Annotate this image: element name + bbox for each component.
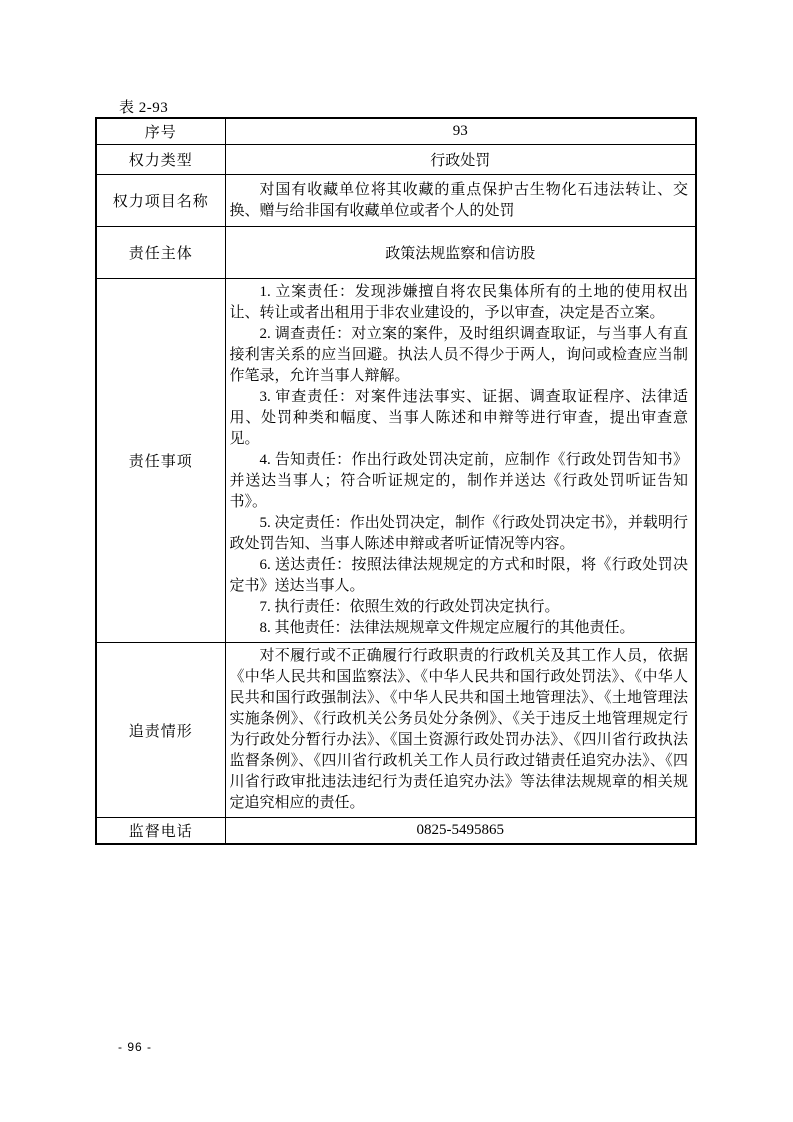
row-label-responsible-subject: 责任主体	[96, 227, 225, 279]
row-responsibility-items: 责任事项 1. 立案责任：发现涉嫌擅自将农民集体所有的土地的使用权出让、转让或者…	[96, 279, 696, 643]
row-value-power-type: 行政处罚	[225, 145, 696, 175]
row-label-power-type: 权力类型	[96, 145, 225, 175]
row-value-serial-number: 93	[225, 118, 696, 145]
table-caption: 表 2-93	[119, 96, 168, 117]
row-accountability-circumstances: 追责情形 对不履行或不正确履行行政职责的行政机关及其工作人员，依据《中华人民共和…	[96, 643, 696, 818]
row-value-responsible-subject: 政策法规监察和信访股	[225, 227, 696, 279]
row-label-serial-number: 序号	[96, 118, 225, 145]
row-value-responsibility-items: 1. 立案责任：发现涉嫌擅自将农民集体所有的土地的使用权出让、转让或者出租用于非…	[225, 279, 696, 643]
row-label-supervision-phone: 监督电话	[96, 818, 225, 845]
row-supervision-phone: 监督电话 0825-5495865	[96, 818, 696, 845]
document-page: 表 2-93 序号 93 权力类型 行政处罚 权力项目名称 对国有收藏单位将其收…	[0, 0, 793, 1122]
row-value-power-item-name: 对国有收藏单位将其收藏的重点保护古生物化石违法转让、交换、赠与给非国有收藏单位或…	[225, 175, 696, 227]
paragraph: 3. 审查责任：对案件违法事实、证据、调查取证程序、法律适用、处罚种类和幅度、当…	[230, 387, 689, 450]
row-label-accountability-circumstances: 追责情形	[96, 643, 225, 818]
paragraph: 5. 决定责任：作出处罚决定，制作《行政处罚决定书》，并载明行政处罚告知、当事人…	[230, 513, 689, 555]
row-value-accountability-circumstances: 对不履行或不正确履行行政职责的行政机关及其工作人员，依据《中华人民共和国监察法》…	[225, 643, 696, 818]
paragraph: 7. 执行责任：依照生效的行政处罚决定执行。	[230, 597, 689, 618]
responsibility-table: 序号 93 权力类型 行政处罚 权力项目名称 对国有收藏单位将其收藏的重点保护古…	[95, 117, 697, 845]
paragraph: 2. 调查责任：对立案的案件，及时组织调查取证，与当事人有直接利害关系的应当回避…	[230, 324, 689, 387]
row-label-power-item-name: 权力项目名称	[96, 175, 225, 227]
paragraph: 对不履行或不正确履行行政职责的行政机关及其工作人员，依据《中华人民共和国监察法》…	[230, 646, 689, 814]
row-label-responsibility-items: 责任事项	[96, 279, 225, 643]
paragraph: 8. 其他责任：法律法规规章文件规定应履行的其他责任。	[230, 618, 689, 639]
paragraph: 1. 立案责任：发现涉嫌擅自将农民集体所有的土地的使用权出让、转让或者出租用于非…	[230, 282, 689, 324]
row-value-supervision-phone: 0825-5495865	[225, 818, 696, 845]
row-serial-number: 序号 93	[96, 118, 696, 145]
row-responsible-subject: 责任主体 政策法规监察和信访股	[96, 227, 696, 279]
row-power-item-name: 权力项目名称 对国有收藏单位将其收藏的重点保护古生物化石违法转让、交换、赠与给非…	[96, 175, 696, 227]
paragraph: 对国有收藏单位将其收藏的重点保护古生物化石违法转让、交换、赠与给非国有收藏单位或…	[230, 180, 689, 222]
paragraph: 4. 告知责任：作出行政处罚决定前，应制作《行政处罚告知书》并送达当事人；符合听…	[230, 450, 689, 513]
paragraph: 6. 送达责任：按照法律法规规定的方式和时限，将《行政处罚决定书》送达当事人。	[230, 555, 689, 597]
row-power-type: 权力类型 行政处罚	[96, 145, 696, 175]
page-number: - 96 -	[118, 1040, 152, 1054]
